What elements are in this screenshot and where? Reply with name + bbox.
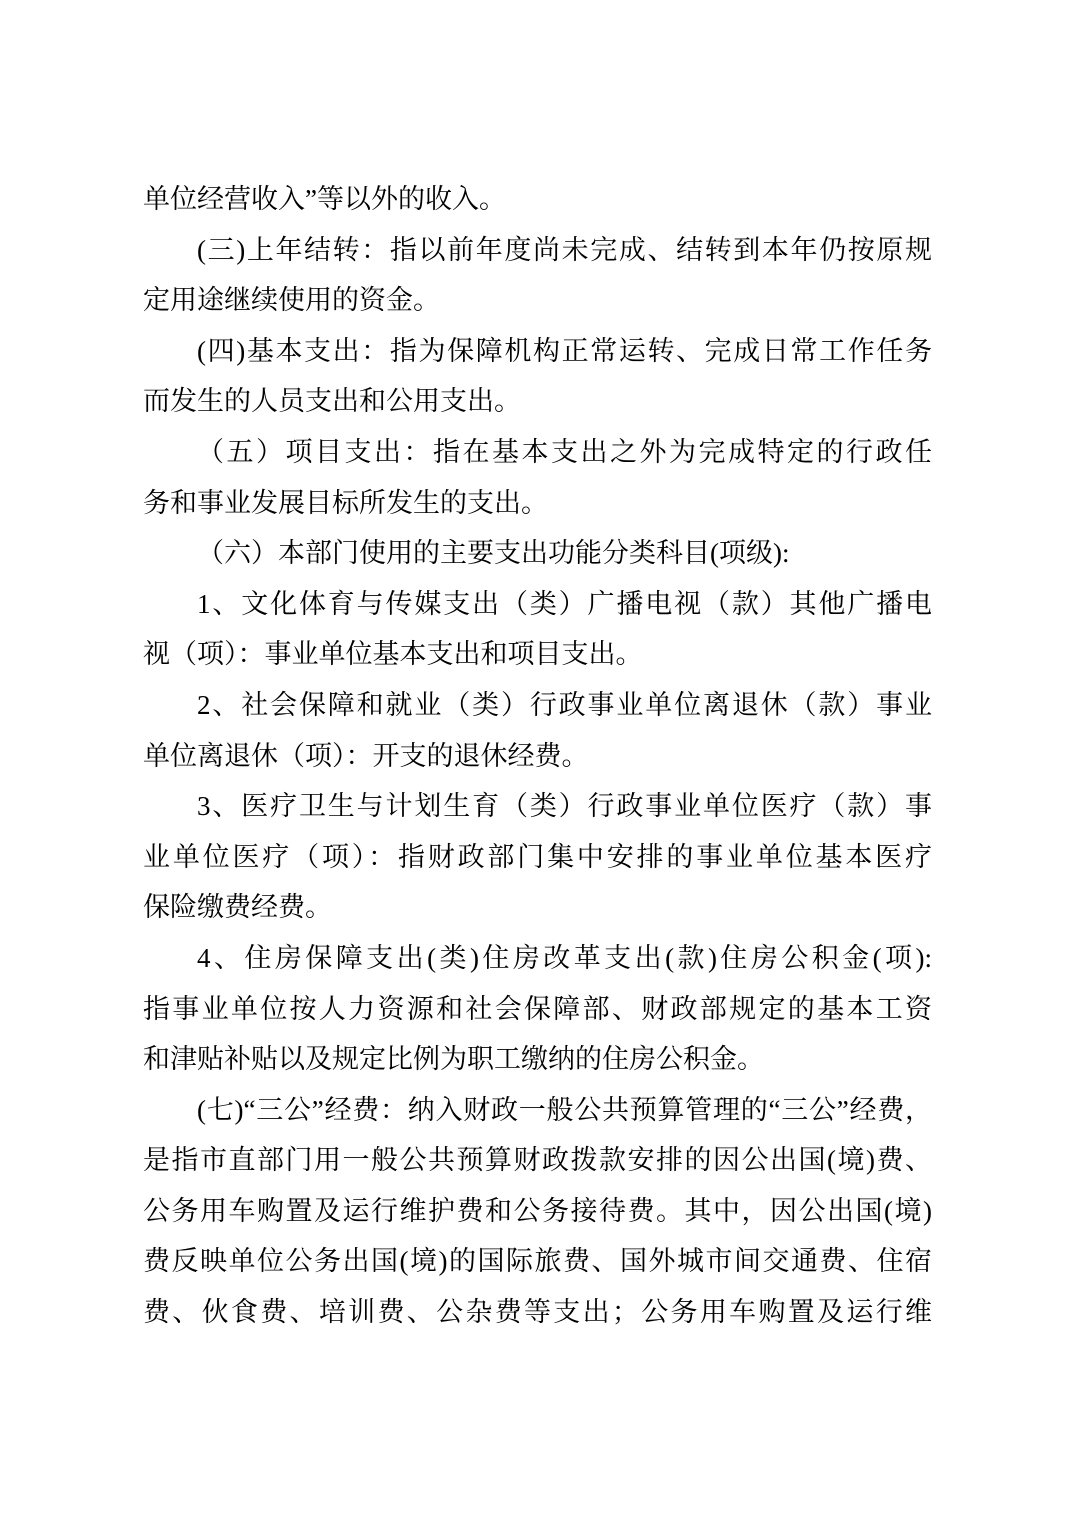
text-line: 视（项）：事业单位基本支出和项目支出。	[143, 629, 932, 680]
text-line: 指事业单位按人力资源和社会保障部、财政部规定的基本工资	[143, 984, 932, 1035]
text-line: (四)基本支出：指为保障机构正常运转、完成日常工作任务	[143, 326, 932, 377]
text-line: 业单位医疗（项）：指财政部门集中安排的事业单位基本医疗	[143, 832, 932, 883]
document-page: 单位经营收入”等以外的收入。 (三)上年结转：指以前年度尚未完成、结转到本年仍按…	[0, 0, 1074, 1520]
text-line: (七)“三公”经费：纳入财政一般公共预算管理的“三公”经费，	[143, 1085, 932, 1136]
text-line: 4、住房保障支出(类)住房改革支出(款)住房公积金(项):	[143, 933, 932, 984]
text-line: 定用途继续使用的资金。	[143, 275, 932, 326]
text-line: 公务用车购置及运行维护费和公务接待费。其中，因公出国(境)	[143, 1186, 932, 1237]
text-line: 和津贴补贴以及规定比例为职工缴纳的住房公积金。	[143, 1034, 932, 1085]
text-line: (三)上年结转：指以前年度尚未完成、结转到本年仍按原规	[143, 225, 932, 276]
text-line: 1、文化体育与传媒支出（类）广播电视（款）其他广播电	[143, 579, 932, 630]
text-line: 费反映单位公务出国(境)的国际旅费、国外城市间交通费、住宿	[143, 1236, 932, 1287]
text-line: 2、社会保障和就业（类）行政事业单位离退休（款）事业	[143, 680, 932, 731]
text-line: （六）本部门使用的主要支出功能分类科目(项级):	[143, 528, 932, 579]
text-line: 务和事业发展目标所发生的支出。	[143, 478, 932, 529]
text-line: 是指市直部门用一般公共预算财政拨款安排的因公出国(境)费、	[143, 1135, 932, 1186]
text-line: 费、伙食费、培训费、公杂费等支出；公务用车购置及运行维	[143, 1287, 932, 1338]
text-line: （五）项目支出：指在基本支出之外为完成特定的行政任	[143, 427, 932, 478]
text-line: 单位经营收入”等以外的收入。	[143, 174, 932, 225]
text-line: 单位离退休（项）：开支的退休经费。	[143, 731, 932, 782]
document-text-block: 单位经营收入”等以外的收入。 (三)上年结转：指以前年度尚未完成、结转到本年仍按…	[143, 174, 932, 1338]
text-line: 保险缴费经费。	[143, 882, 932, 933]
text-line: 而发生的人员支出和公用支出。	[143, 376, 932, 427]
text-line: 3、医疗卫生与计划生育（类）行政事业单位医疗（款）事	[143, 781, 932, 832]
